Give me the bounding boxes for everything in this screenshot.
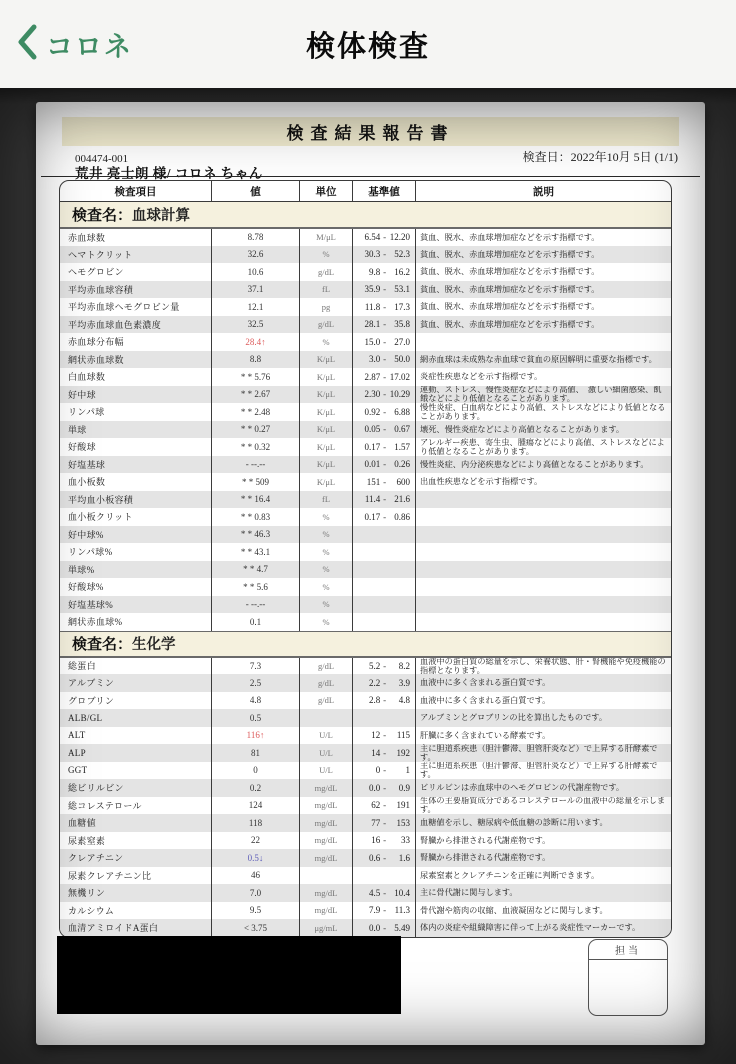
row-unit: mg/dL <box>300 779 353 797</box>
staff-stamp-box: 担当 <box>588 939 668 1016</box>
table-row: リンパ球%* * 43.1% <box>60 543 671 561</box>
table-row: クレアチニン0.5↓mg/dL0.6-1.6腎臓から排泄される代謝産物です。 <box>60 849 671 867</box>
row-unit: g/dL <box>300 263 353 281</box>
row-item-name: 平均赤血球容積 <box>60 281 212 299</box>
row-unit <box>300 709 353 727</box>
row-reference-range <box>353 596 416 614</box>
table-row: 平均赤血球容積37.1fL35.9-53.1貧血、脱水、赤血球増加症などを示す指… <box>60 281 671 299</box>
row-item-name: 単球 <box>60 421 212 439</box>
row-unit: mg/dL <box>300 832 353 850</box>
row-item-name: 好酸球 <box>60 438 212 456</box>
table-row: 尿素窒素22mg/dL16-33腎臓から排泄される代謝産物です。 <box>60 832 671 850</box>
column-header-value: 値 <box>212 181 300 201</box>
row-value: 32.6 <box>212 246 300 264</box>
row-reference-range <box>353 561 416 579</box>
row-explanation: 腎臓から排泄される代謝産物です。 <box>416 832 671 850</box>
report-date: 検査日：2022年10月 5日 (1/1) <box>523 148 678 165</box>
row-reference-range: 62-191 <box>353 797 416 815</box>
row-explanation: 主に胆道系疾患（胆汁鬱滞、胆管肝炎など）で上昇する肝酵素です。 <box>416 762 671 780</box>
report-title: 検査結果報告書 <box>62 117 679 146</box>
table-row: 平均赤血球ヘモグロビン量12.1pg11.8-17.3貧血、脱水、赤血球増加症な… <box>60 298 671 316</box>
results-table: 検査項目 値 単位 基準値 説明 検査名：血球計算赤血球数8.78M/μL6.5… <box>59 180 672 938</box>
row-unit: fL <box>300 281 353 299</box>
row-item-name: 尿素窒素 <box>60 832 212 850</box>
row-explanation: 炎症性疾患などを示す指標です。 <box>416 368 671 386</box>
row-explanation <box>416 596 671 614</box>
row-item-name: ヘモグロビン <box>60 263 212 281</box>
row-reference-range: 6.54-12.20 <box>353 229 416 246</box>
row-unit: K/μL <box>300 403 353 421</box>
row-explanation: 血液中に多く含まれる蛋白質です。 <box>416 674 671 692</box>
row-item-name: 総コレステロール <box>60 797 212 815</box>
row-value: 12.1 <box>212 298 300 316</box>
row-reference-range: 0.01-0.26 <box>353 456 416 474</box>
table-row: 網状赤血球%0.1% <box>60 613 671 631</box>
row-explanation: 腎臓から排泄される代謝産物です。 <box>416 849 671 867</box>
table-row: ALB/GL0.5アルブミンとグロブリンの比を算出したものです。 <box>60 709 671 727</box>
page-title: 検体検査 <box>120 24 616 65</box>
row-value: 22 <box>212 832 300 850</box>
row-unit: M/μL <box>300 229 353 246</box>
row-item-name: GGT <box>60 762 212 780</box>
row-value: 4.8 <box>212 692 300 710</box>
row-explanation: ビリルビンは赤血球中のヘモグロビンの代謝産物です。 <box>416 779 671 797</box>
row-reference-range: 12-115 <box>353 727 416 745</box>
row-item-name: 白血球数 <box>60 368 212 386</box>
table-row: 平均血小板容積* * 16.4fL11.4-21.6 <box>60 491 671 509</box>
row-reference-range: 28.1-35.8 <box>353 316 416 334</box>
report-table-rows: 検査名：血球計算赤血球数8.78M/μL6.54-12.20貧血、脱水、赤血球増… <box>60 202 671 937</box>
row-explanation <box>416 613 671 631</box>
row-reference-range: 0.0-5.49 <box>353 919 416 937</box>
row-reference-range: 0.17-0.86 <box>353 508 416 526</box>
row-value: * * 0.83 <box>212 508 300 526</box>
row-value: 0 <box>212 762 300 780</box>
table-row: 網状赤血球数8.8K/μL3.0-50.0網赤血球は未成熟な赤血球で貧血の原因解… <box>60 351 671 369</box>
row-unit: g/dL <box>300 692 353 710</box>
row-item-name: ALB/GL <box>60 709 212 727</box>
row-reference-range: 35.9-53.1 <box>353 281 416 299</box>
row-explanation: 貧血、脱水、赤血球増加症などを示す指標です。 <box>416 229 671 246</box>
chevron-left-icon <box>16 23 38 66</box>
table-row: 血小板数* * 509K/μL151-600出血性疾患などを示す指標です。 <box>60 473 671 491</box>
row-unit: K/μL <box>300 438 353 456</box>
row-explanation: 慢性炎症、白血病などにより高値、ストレスなどにより低値となることがあります。 <box>416 403 671 421</box>
row-reference-range: 7.9-11.3 <box>353 902 416 920</box>
row-explanation <box>416 491 671 509</box>
row-item-name: 尿素クレアチニン比 <box>60 867 212 885</box>
row-unit: % <box>300 508 353 526</box>
row-explanation: 出血性疾患などを示す指標です。 <box>416 473 671 491</box>
table-row: ALT116↑U/L12-115肝臓に多く含まれている酵素です。 <box>60 727 671 745</box>
row-unit: U/L <box>300 727 353 745</box>
row-explanation: 血糖値を示し、糖尿病や低血糖の診断に用います。 <box>416 814 671 832</box>
section-name: 生化学 <box>132 633 176 654</box>
section-header: 検査名：血球計算 <box>60 202 671 228</box>
row-reference-range <box>353 578 416 596</box>
table-row: 好中球%* * 46.3% <box>60 526 671 544</box>
header-divider <box>41 176 700 177</box>
row-item-name: 好塩基球% <box>60 596 212 614</box>
row-item-name: 赤血球分布幅 <box>60 333 212 351</box>
document-viewer[interactable]: 検査結果報告書 004474-001 検査日：2022年10月 5日 (1/1)… <box>0 88 736 1064</box>
row-item-name: 好中球% <box>60 526 212 544</box>
row-explanation: 貧血、脱水、赤血球増加症などを示す指標です。 <box>416 263 671 281</box>
row-reference-range: 30.3-52.3 <box>353 246 416 264</box>
row-explanation: アルブミンとグロブリンの比を算出したものです。 <box>416 709 671 727</box>
row-explanation: 血液中に多く含まれる蛋白質です。 <box>416 692 671 710</box>
column-header-item: 検査項目 <box>60 181 212 201</box>
row-unit: % <box>300 596 353 614</box>
table-row: 血糖値118mg/dL77-153血糖値を示し、糖尿病や低血糖の診断に用います。 <box>60 814 671 832</box>
table-row: 白血球数* * 5.76K/μL2.87-17.02炎症性疾患などを示す指標です… <box>60 368 671 386</box>
row-reference-range: 2.30-10.29 <box>353 386 416 404</box>
table-row: ヘモグロビン10.6g/dL9.8-16.2貧血、脱水、赤血球増加症などを示す指… <box>60 263 671 281</box>
row-unit: K/μL <box>300 421 353 439</box>
row-explanation: 生体の主要脂質成分であるコレステロールの血液中の総量を示します。 <box>416 797 671 815</box>
table-row: ヘマトクリット32.6%30.3-52.3貧血、脱水、赤血球増加症などを示す指標… <box>60 246 671 264</box>
row-explanation <box>416 578 671 596</box>
table-row: 総蛋白7.3g/dL5.2-8.2血液中の蛋白質の総量を示し、栄養状態、肝・腎機… <box>60 657 671 675</box>
section-label: 検査名： <box>72 633 132 654</box>
row-value: 124 <box>212 797 300 815</box>
row-reference-range: 151-600 <box>353 473 416 491</box>
table-row: 平均赤血球血色素濃度32.5g/dL28.1-35.8貧血、脱水、赤血球増加症な… <box>60 316 671 334</box>
row-item-name: 網状赤血球数 <box>60 351 212 369</box>
row-reference-range: 14-192 <box>353 744 416 762</box>
row-value: 118 <box>212 814 300 832</box>
row-reference-range <box>353 543 416 561</box>
section-name: 血球計算 <box>132 204 190 225</box>
row-value: * * 4.7 <box>212 561 300 579</box>
table-row: 好酸球%* * 5.6% <box>60 578 671 596</box>
row-unit: mg/dL <box>300 797 353 815</box>
row-value: < 3.75 <box>212 919 300 937</box>
row-explanation: 貧血、脱水、赤血球増加症などを示す指標です。 <box>416 246 671 264</box>
row-reference-range: 2.2-3.9 <box>353 674 416 692</box>
row-unit: fL <box>300 491 353 509</box>
row-explanation: 慢性炎症、内分泌疾患などにより高値となることがあります。 <box>416 456 671 474</box>
table-row: 総ビリルビン0.2mg/dL0.0-0.9ビリルビンは赤血球中のヘモグロビンの代… <box>60 779 671 797</box>
row-unit: g/dL <box>300 658 353 675</box>
row-value: 46 <box>212 867 300 885</box>
table-row: リンパ球* * 2.48K/μL0.92-6.88慢性炎症、白血病などにより高値… <box>60 403 671 421</box>
row-unit: pg <box>300 298 353 316</box>
row-reference-range: 0.6-1.6 <box>353 849 416 867</box>
row-unit: mg/dL <box>300 884 353 902</box>
row-reference-range: 0.0-0.9 <box>353 779 416 797</box>
row-item-name: カルシウム <box>60 902 212 920</box>
row-item-name: 好塩基球 <box>60 456 212 474</box>
table-row: 血小板クリット* * 0.83%0.17-0.86 <box>60 508 671 526</box>
row-explanation: 骨代謝や筋肉の収縮、血液凝固などに関与します。 <box>416 902 671 920</box>
row-value: * * 509 <box>212 473 300 491</box>
row-reference-range <box>353 867 416 885</box>
column-header-range: 基準値 <box>353 181 416 201</box>
row-reference-range: 0-1 <box>353 762 416 780</box>
row-explanation <box>416 543 671 561</box>
row-explanation: 壊死、慢性炎症などにより高値となることがあります。 <box>416 421 671 439</box>
section-header: 検査名：生化学 <box>60 631 671 657</box>
row-reference-range: 0.05-0.67 <box>353 421 416 439</box>
row-explanation: 主に骨代謝に関与します。 <box>416 884 671 902</box>
row-explanation: 主に胆道系疾患（胆汁鬱滞、胆管肝炎など）で上昇する肝酵素です。 <box>416 744 671 762</box>
row-reference-range: 2.87-17.02 <box>353 368 416 386</box>
row-reference-range <box>353 526 416 544</box>
row-unit: K/μL <box>300 473 353 491</box>
column-header-unit: 単位 <box>300 181 353 201</box>
row-value: 8.8 <box>212 351 300 369</box>
row-value: 116↑ <box>212 727 300 745</box>
row-reference-range: 5.2-8.2 <box>353 658 416 675</box>
row-value: 28.4↑ <box>212 333 300 351</box>
table-row: 好中球* * 2.67K/μL2.30-10.29運動、ストレス、慢性炎症などに… <box>60 386 671 404</box>
column-header-note: 説明 <box>416 181 671 201</box>
table-row: 総コレステロール124mg/dL62-191生体の主要脂質成分であるコレステロー… <box>60 797 671 815</box>
row-value: 0.5↓ <box>212 849 300 867</box>
row-unit: K/μL <box>300 351 353 369</box>
row-item-name: 無機リン <box>60 884 212 902</box>
nav-bar: コロネ 検体検査 <box>0 0 736 88</box>
redacted-block <box>57 936 401 1014</box>
row-value: * * 5.76 <box>212 368 300 386</box>
row-unit: % <box>300 578 353 596</box>
row-item-name: ALP <box>60 744 212 762</box>
row-item-name: グロブリン <box>60 692 212 710</box>
row-value: * * 46.3 <box>212 526 300 544</box>
staff-stamp-label: 担当 <box>589 940 667 960</box>
back-button[interactable]: コロネ <box>16 22 133 66</box>
row-value: 0.1 <box>212 613 300 631</box>
row-item-name: ALT <box>60 727 212 745</box>
table-row: 血清アミロイドA蛋白< 3.75μg/mL0.0-5.49体内の炎症や組織障害に… <box>60 919 671 937</box>
row-reference-range: 0.92-6.88 <box>353 403 416 421</box>
report-page: 検査結果報告書 004474-001 検査日：2022年10月 5日 (1/1)… <box>36 102 705 1045</box>
row-reference-range <box>353 613 416 631</box>
table-row: 好塩基球- --.--K/μL0.01-0.26慢性炎症、内分泌疾患などにより高… <box>60 456 671 474</box>
row-value: 7.0 <box>212 884 300 902</box>
row-explanation: 血液中の蛋白質の総量を示し、栄養状態、肝・腎機能や免疫機能の指標となります。 <box>416 658 671 675</box>
row-item-name: 血糖値 <box>60 814 212 832</box>
patient-name: 荒井 亮士朗 様/ コロネ ちゃん <box>75 162 263 182</box>
row-explanation <box>416 508 671 526</box>
table-row: 赤血球数8.78M/μL6.54-12.20貧血、脱水、赤血球増加症などを示す指… <box>60 228 671 246</box>
row-item-name: クレアチニン <box>60 849 212 867</box>
row-unit: g/dL <box>300 316 353 334</box>
row-reference-range <box>353 709 416 727</box>
table-row: カルシウム9.5mg/dL7.9-11.3骨代謝や筋肉の収縮、血液凝固などに関与… <box>60 902 671 920</box>
row-item-name: 血小板数 <box>60 473 212 491</box>
row-item-name: 好酸球% <box>60 578 212 596</box>
row-explanation: 貧血、脱水、赤血球増加症などを示す指標です。 <box>416 298 671 316</box>
row-item-name: アルブミン <box>60 674 212 692</box>
row-reference-range: 9.8-16.2 <box>353 263 416 281</box>
row-value: - --.-- <box>212 596 300 614</box>
row-item-name: リンパ球% <box>60 543 212 561</box>
table-row: 無機リン7.0mg/dL4.5-10.4主に骨代謝に関与します。 <box>60 884 671 902</box>
row-unit: % <box>300 333 353 351</box>
table-row: 好塩基球%- --.--% <box>60 596 671 614</box>
row-unit <box>300 867 353 885</box>
row-value: 9.5 <box>212 902 300 920</box>
row-explanation: 尿素窒素とクレアチニンを正確に判断できます。 <box>416 867 671 885</box>
row-value: * * 2.67 <box>212 386 300 404</box>
row-reference-range: 16-33 <box>353 832 416 850</box>
row-item-name: 血清アミロイドA蛋白 <box>60 919 212 937</box>
row-unit: μg/mL <box>300 919 353 937</box>
row-item-name: 単球% <box>60 561 212 579</box>
row-value: 0.2 <box>212 779 300 797</box>
row-explanation: 体内の炎症や組織障害に伴って上がる炎症性マーカーです。 <box>416 919 671 937</box>
row-value: 32.5 <box>212 316 300 334</box>
row-value: * * 0.32 <box>212 438 300 456</box>
row-item-name: リンパ球 <box>60 403 212 421</box>
row-explanation: 運動、ストレス、慢性炎症などにより高値、 激しい細菌感染、飢餓などにより低値とな… <box>416 386 671 404</box>
row-item-name: 赤血球数 <box>60 229 212 246</box>
row-unit: U/L <box>300 744 353 762</box>
row-reference-range: 3.0-50.0 <box>353 351 416 369</box>
row-reference-range: 77-153 <box>353 814 416 832</box>
row-item-name: 平均赤血球ヘモグロビン量 <box>60 298 212 316</box>
table-row: グロブリン4.8g/dL2.8-4.8血液中に多く含まれる蛋白質です。 <box>60 692 671 710</box>
row-unit: K/μL <box>300 386 353 404</box>
row-value: 7.3 <box>212 658 300 675</box>
table-row: GGT0U/L0-1主に胆道系疾患（胆汁鬱滞、胆管肝炎など）で上昇する肝酵素です… <box>60 762 671 780</box>
row-value: 8.78 <box>212 229 300 246</box>
row-unit: mg/dL <box>300 902 353 920</box>
table-row: 赤血球分布幅28.4↑%15.0-27.0 <box>60 333 671 351</box>
row-explanation: 貧血、脱水、赤血球増加症などを示す指標です。 <box>416 281 671 299</box>
row-item-name: ヘマトクリット <box>60 246 212 264</box>
row-reference-range: 15.0-27.0 <box>353 333 416 351</box>
row-unit: mg/dL <box>300 814 353 832</box>
row-item-name: 平均血小板容積 <box>60 491 212 509</box>
row-reference-range: 11.8-17.3 <box>353 298 416 316</box>
row-explanation: 貧血、脱水、赤血球増加症などを示す指標です。 <box>416 316 671 334</box>
row-explanation <box>416 561 671 579</box>
table-row: ALP81U/L14-192主に胆道系疾患（胆汁鬱滞、胆管肝炎など）で上昇する肝… <box>60 744 671 762</box>
row-unit: % <box>300 246 353 264</box>
row-value: 81 <box>212 744 300 762</box>
row-item-name: 総ビリルビン <box>60 779 212 797</box>
row-value: 10.6 <box>212 263 300 281</box>
row-unit: U/L <box>300 762 353 780</box>
row-value: * * 43.1 <box>212 543 300 561</box>
table-row: 好酸球* * 0.32K/μL0.17-1.57アレルギー疾患、寄生虫、腫瘍など… <box>60 438 671 456</box>
row-value: * * 0.27 <box>212 421 300 439</box>
row-item-name: 血小板クリット <box>60 508 212 526</box>
row-value: 0.5 <box>212 709 300 727</box>
row-item-name: 平均赤血球血色素濃度 <box>60 316 212 334</box>
row-reference-range: 11.4-21.6 <box>353 491 416 509</box>
row-unit: K/μL <box>300 368 353 386</box>
table-row: 尿素クレアチニン比46尿素窒素とクレアチニンを正確に判断できます。 <box>60 867 671 885</box>
row-reference-range: 2.8-4.8 <box>353 692 416 710</box>
row-unit: K/μL <box>300 456 353 474</box>
row-unit: % <box>300 613 353 631</box>
row-value: * * 16.4 <box>212 491 300 509</box>
row-reference-range: 4.5-10.4 <box>353 884 416 902</box>
row-unit: % <box>300 561 353 579</box>
row-unit: % <box>300 543 353 561</box>
table-row: 単球%* * 4.7% <box>60 561 671 579</box>
row-unit: mg/dL <box>300 849 353 867</box>
row-item-name: 網状赤血球% <box>60 613 212 631</box>
row-explanation: 網赤血球は未成熟な赤血球で貧血の原因解明に重要な指標です。 <box>416 351 671 369</box>
row-explanation <box>416 333 671 351</box>
row-value: 37.1 <box>212 281 300 299</box>
row-unit: g/dL <box>300 674 353 692</box>
row-value: - --.-- <box>212 456 300 474</box>
section-label: 検査名： <box>72 204 132 225</box>
row-value: * * 2.48 <box>212 403 300 421</box>
row-explanation: 肝臓に多く含まれている酵素です。 <box>416 727 671 745</box>
row-explanation <box>416 526 671 544</box>
table-row: アルブミン2.5g/dL2.2-3.9血液中に多く含まれる蛋白質です。 <box>60 674 671 692</box>
table-header-row: 検査項目 値 単位 基準値 説明 <box>60 181 671 202</box>
row-item-name: 好中球 <box>60 386 212 404</box>
row-value: 2.5 <box>212 674 300 692</box>
row-explanation: アレルギー疾患、寄生虫、腫瘍などにより高値、ストレスなどにより低値となることがあ… <box>416 438 671 456</box>
row-reference-range: 0.17-1.57 <box>353 438 416 456</box>
row-unit: % <box>300 526 353 544</box>
row-item-name: 総蛋白 <box>60 658 212 675</box>
row-value: * * 5.6 <box>212 578 300 596</box>
table-row: 単球* * 0.27K/μL0.05-0.67壊死、慢性炎症などにより高値となる… <box>60 421 671 439</box>
